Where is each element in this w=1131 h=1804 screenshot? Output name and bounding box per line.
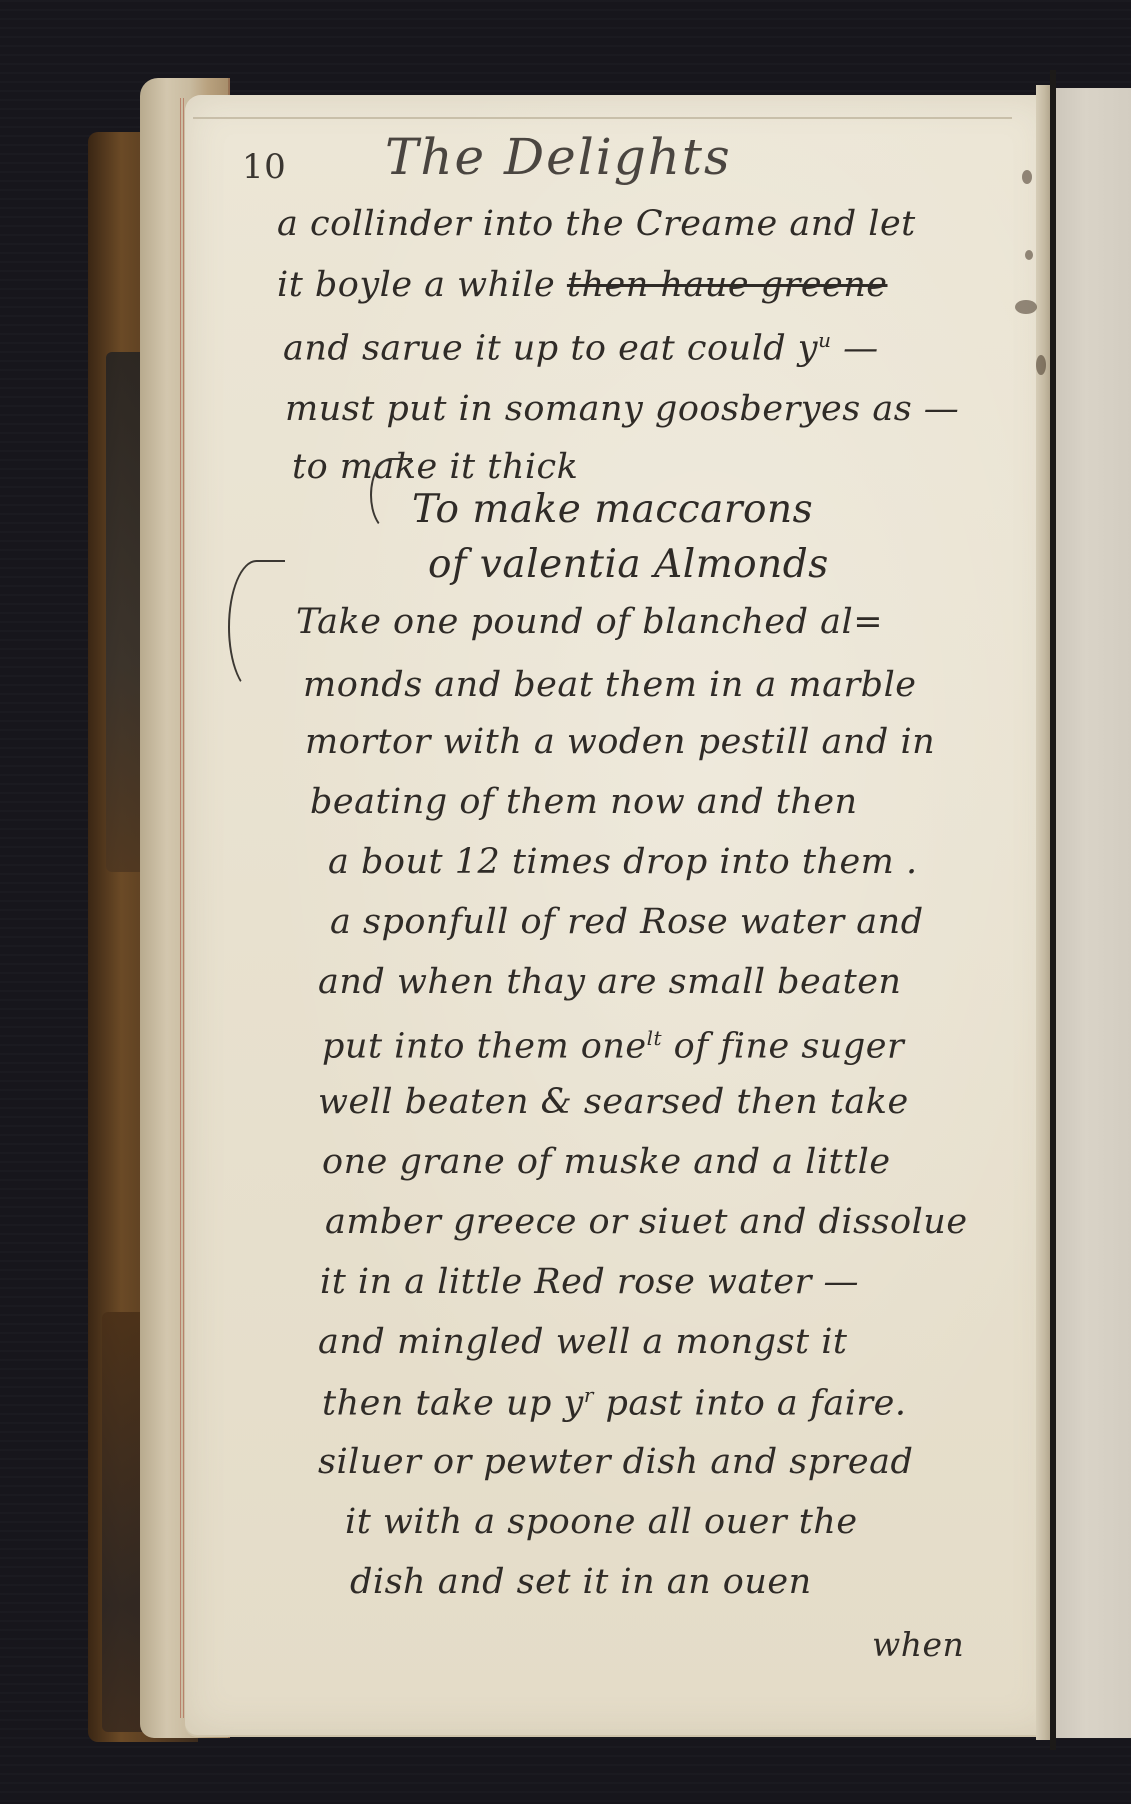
superscript: u bbox=[818, 328, 831, 352]
folio-number: 10 bbox=[242, 150, 286, 184]
ink-stain bbox=[1015, 300, 1037, 314]
initial-letter-flourish bbox=[228, 560, 285, 694]
text-segment: past into a faire. bbox=[594, 1384, 907, 1424]
ink-stain bbox=[1036, 355, 1046, 375]
recipe-line: siluer or pewter dish and spread bbox=[318, 1445, 913, 1480]
recipe-line: put into them onelt of fine suger bbox=[322, 1028, 904, 1065]
facing-page-edge bbox=[1056, 88, 1131, 1738]
recipe-line: monds and beat them in a marble bbox=[303, 668, 917, 703]
recipe-line: amber greece or siuet and dissolue bbox=[325, 1205, 968, 1240]
gutter-fold bbox=[1036, 85, 1050, 1740]
text-segment: then take up y bbox=[322, 1384, 584, 1424]
text-line: to make it thick bbox=[292, 450, 578, 485]
text-line: and sarue it up to eat could yu — bbox=[283, 330, 879, 367]
recipe-line: and mingled well a mongst it bbox=[318, 1325, 848, 1360]
recipe-title-line-1: To make maccarons bbox=[412, 490, 813, 529]
heading-flourish bbox=[370, 458, 412, 532]
catchword: when bbox=[872, 1628, 964, 1661]
text-segment: of fine suger bbox=[662, 1027, 904, 1067]
text-segment: — bbox=[831, 329, 878, 369]
page-top-edge bbox=[193, 117, 1012, 119]
recipe-line: Take one pound of blanched al= bbox=[296, 605, 883, 640]
recipe-line: a bout 12 times drop into them . bbox=[328, 845, 918, 880]
recipe-line: mortor with a woden pestill and in bbox=[305, 725, 935, 760]
ink-stain bbox=[1022, 170, 1032, 184]
text-line: it boyle a while then haue greene bbox=[277, 268, 888, 303]
recipe-title-line-2: of valentia Almonds bbox=[428, 545, 829, 584]
superscript: lt bbox=[647, 1026, 662, 1050]
text-segment: and sarue it up to eat could y bbox=[283, 329, 818, 369]
ink-stain bbox=[1025, 250, 1033, 260]
text-segment: put into them one bbox=[322, 1027, 647, 1067]
recipe-line: a sponfull of red Rose water and bbox=[330, 905, 924, 940]
text-segment: it boyle a while bbox=[277, 265, 555, 305]
recipe-line: it with a spoone all ouer the bbox=[345, 1505, 858, 1540]
recipe-line: well beaten & searsed then take bbox=[318, 1085, 909, 1120]
recipe-line: dish and set it in an ouen bbox=[350, 1565, 812, 1600]
superscript: r bbox=[584, 1383, 594, 1407]
text-line: must put in somany goosberyes as — bbox=[285, 392, 959, 427]
text-line: a collinder into the Creame and let bbox=[277, 207, 916, 242]
recipe-line: then take up yr past into a faire. bbox=[322, 1385, 907, 1422]
running-head: The Delights bbox=[385, 132, 732, 182]
recipe-line: it in a little Red rose water — bbox=[320, 1265, 859, 1300]
recipe-line: and when thay are small beaten bbox=[318, 965, 901, 1000]
recipe-line: beating of them now and then bbox=[310, 785, 858, 820]
recipe-line: one grane of muske and a little bbox=[322, 1145, 891, 1180]
struck-text: then haue greene bbox=[567, 265, 888, 305]
